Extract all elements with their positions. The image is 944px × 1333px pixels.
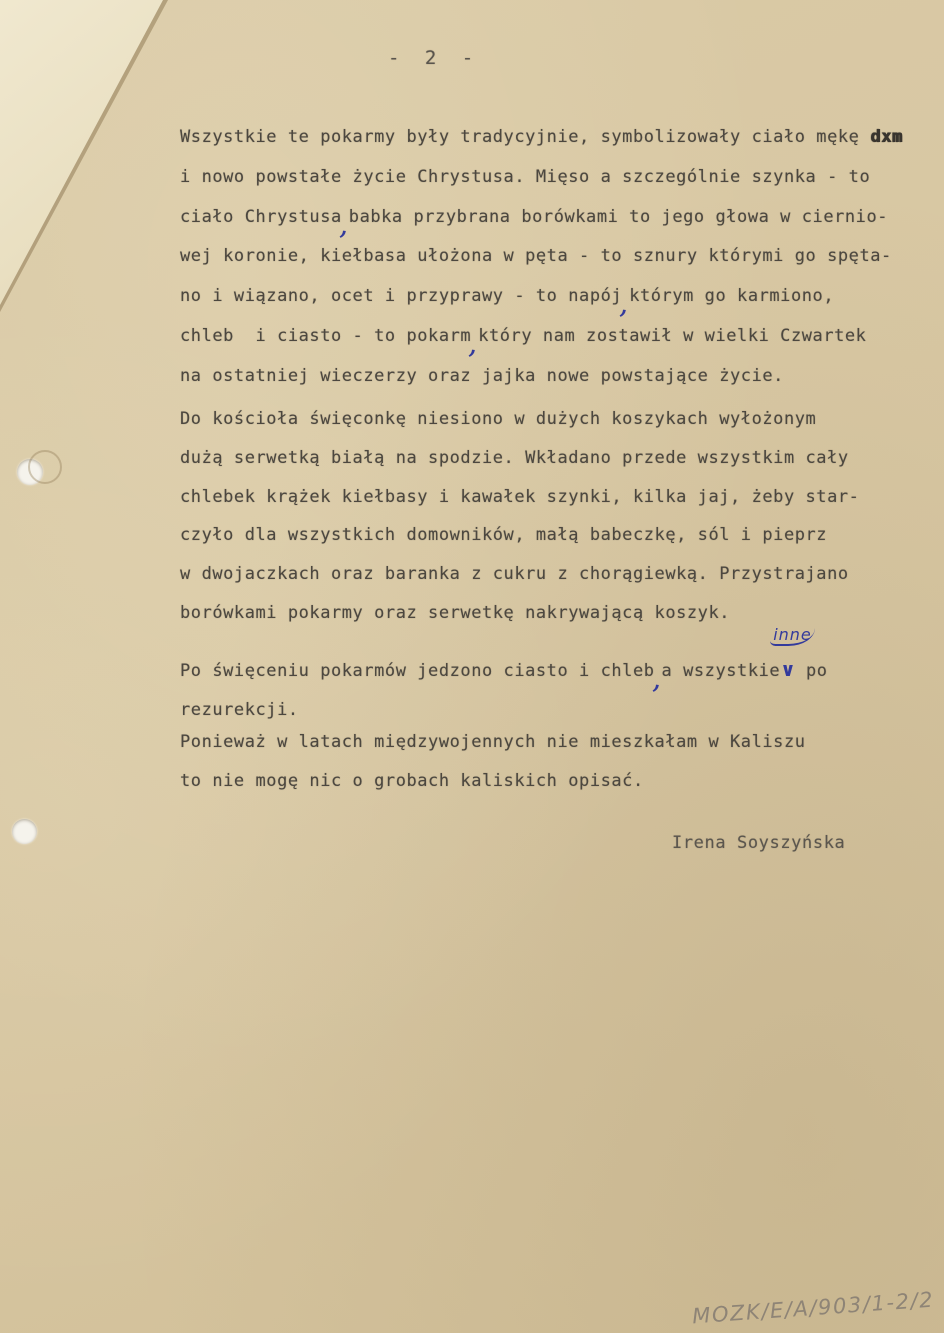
typed-line: wej koronie, kiełbasa ułożona w pęta - t…: [180, 237, 903, 277]
typed-line: Po święceniu pokarmów jedzono ciasto i c…: [180, 650, 828, 690]
typed-line: Wszystkie te pokarmy były tradycyjnie, s…: [180, 118, 903, 158]
typed-text: a wszystkie: [662, 661, 781, 681]
typed-text: po: [795, 661, 827, 681]
typed-text: którym go karmiono,: [629, 286, 834, 306]
typed-line: ciało Chrystusa,babka przybrana borówkam…: [180, 198, 903, 238]
typed-line: chleb i ciasto - to pokarm,który nam zos…: [180, 317, 903, 357]
paragraph-1: Wszystkie te pokarmy były tradycyjnie, s…: [180, 118, 903, 397]
handwritten-comma: ,: [620, 304, 627, 305]
document-page: - 2 - Wszystkie te pokarmy były tradycyj…: [0, 0, 944, 1333]
overstruck-typo: dxm: [870, 127, 902, 147]
typed-line: no i wiązano, ocet i przyprawy - to napó…: [180, 277, 903, 317]
typed-line: w dwojaczkach oraz baranka z cukru z cho…: [180, 555, 859, 594]
typed-line: Do kościoła święconkę niesiono w dużych …: [180, 400, 859, 439]
typed-line: i nowo powstałe życie Chrystusa. Mięso a…: [180, 158, 903, 198]
handwritten-comma: ,: [653, 679, 660, 680]
typed-text: Po święceniu pokarmów jedzono ciasto i c…: [180, 661, 655, 681]
handwritten-comma: ,: [469, 344, 476, 345]
paragraph-4: Ponieważ w latach międzywojennych nie mi…: [180, 723, 806, 801]
punch-hole-bottom: [12, 819, 37, 844]
caret-mark: ∨: [780, 659, 796, 681]
typed-line: borówkami pokarmy oraz serwetkę nakrywaj…: [180, 594, 859, 633]
typed-text: babka przybrana borówkami to jego głowa …: [349, 207, 888, 227]
typed-text: który nam zostawił w wielki Czwartek: [478, 326, 866, 346]
typed-line: dużą serwetką białą na spodzie. Wkładano…: [180, 439, 859, 478]
typed-text: Wszystkie te pokarmy były tradycyjnie, s…: [180, 127, 870, 147]
typed-line: to nie mogę nic o grobach kaliskich opis…: [180, 762, 806, 801]
paragraph-3: Po święceniu pokarmów jedzono ciasto i c…: [180, 650, 828, 730]
typed-signature: Irena Soyszyńska: [672, 833, 845, 853]
page-number: - 2 -: [388, 47, 480, 69]
handwritten-inserted-word: inne: [770, 626, 815, 646]
handwritten-comma: ,: [340, 224, 347, 225]
paragraph-2: Do kościoła święconkę niesiono w dużych …: [180, 400, 859, 633]
typed-line: chlebek krążek kiełbasy i kawałek szynki…: [180, 478, 859, 517]
typed-line: na ostatniej wieczerzy oraz jajka nowe p…: [180, 357, 903, 397]
typed-text: no i wiązano, ocet i przyprawy - to napó…: [180, 286, 622, 306]
typed-text: chleb i ciasto - to pokarm: [180, 326, 471, 346]
typed-text: ciało Chrystusa: [180, 207, 342, 227]
page-corner-underlying-sheet: [0, 0, 210, 330]
typed-line: czyło dla wszystkich domowników, małą ba…: [180, 516, 859, 555]
typed-line: Ponieważ w latach międzywojennych nie mi…: [180, 723, 806, 762]
insertion-point: ∨inne: [780, 650, 795, 691]
punch-hole-ring-imprint: [28, 450, 62, 484]
archive-reference-handwritten: MOZK/E/A/903/1-2/2: [691, 1288, 934, 1329]
